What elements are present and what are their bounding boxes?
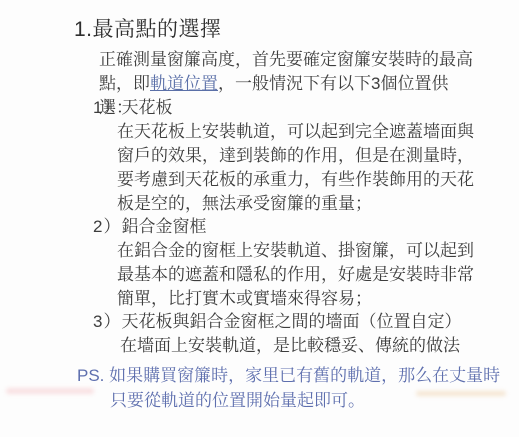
track-position-link[interactable]: 軌道位置: [150, 74, 218, 93]
list-item-body: 在墻面上安裝軌道，是比較穩妥、傳統的做法: [120, 334, 486, 358]
list-item-title: 鋁合金窗框: [121, 217, 206, 236]
list-item-title: 天花板: [121, 98, 172, 117]
list-item-heading: 3）天花板與鋁合金窗框之間的墻面（位置自定）: [93, 310, 486, 334]
list-item-wall-between: 3）天花板與鋁合金窗框之間的墻面（位置自定） 在墻面上安裝軌道，是比較穩妥、傳統…: [93, 310, 486, 358]
list-item-aluminum-frame: 2）鋁合金窗框 在鋁合金的窗框上安裝軌道、掛窗簾，可以起到最基本的遮蓋和隱私的作…: [93, 215, 483, 311]
section-title: 1.最高點的選擇: [74, 13, 222, 43]
article-page: 1.最高點的選擇 正確測量窗簾高度，首先要確定窗簾安裝時的最高點，即軌道位置，一…: [0, 0, 519, 437]
list-item-body: 在鋁合金的窗框上安裝軌道、掛窗簾，可以起到最基本的遮蓋和隱私的作用，好處是安裝時…: [117, 239, 483, 311]
list-item-heading: 1）天花板: [93, 96, 483, 120]
list-item-ceiling: 1）天花板 在天花板上安裝軌道，可以起到完全遮蓋墻面與窗戶的效果，達到裝飾的作用…: [93, 96, 483, 216]
list-item-number: 2）: [93, 217, 121, 236]
ps-note: PS. 如果購買窗簾時，家里已有舊的軌道，那么在丈量時只要從軌道的位置開始量起即…: [77, 363, 502, 413]
list-item-body: 在天花板上安裝軌道，可以起到完全遮蓋墻面與窗戶的效果，達到裝飾的作用，但是在測量…: [117, 120, 483, 216]
list-item-heading: 2）鋁合金窗框: [93, 215, 483, 239]
list-item-title: 天花板與鋁合金窗框之間的墻面（位置自定）: [121, 312, 461, 331]
list-item-number: 1）: [93, 98, 121, 117]
list-item-number: 3）: [93, 312, 121, 331]
